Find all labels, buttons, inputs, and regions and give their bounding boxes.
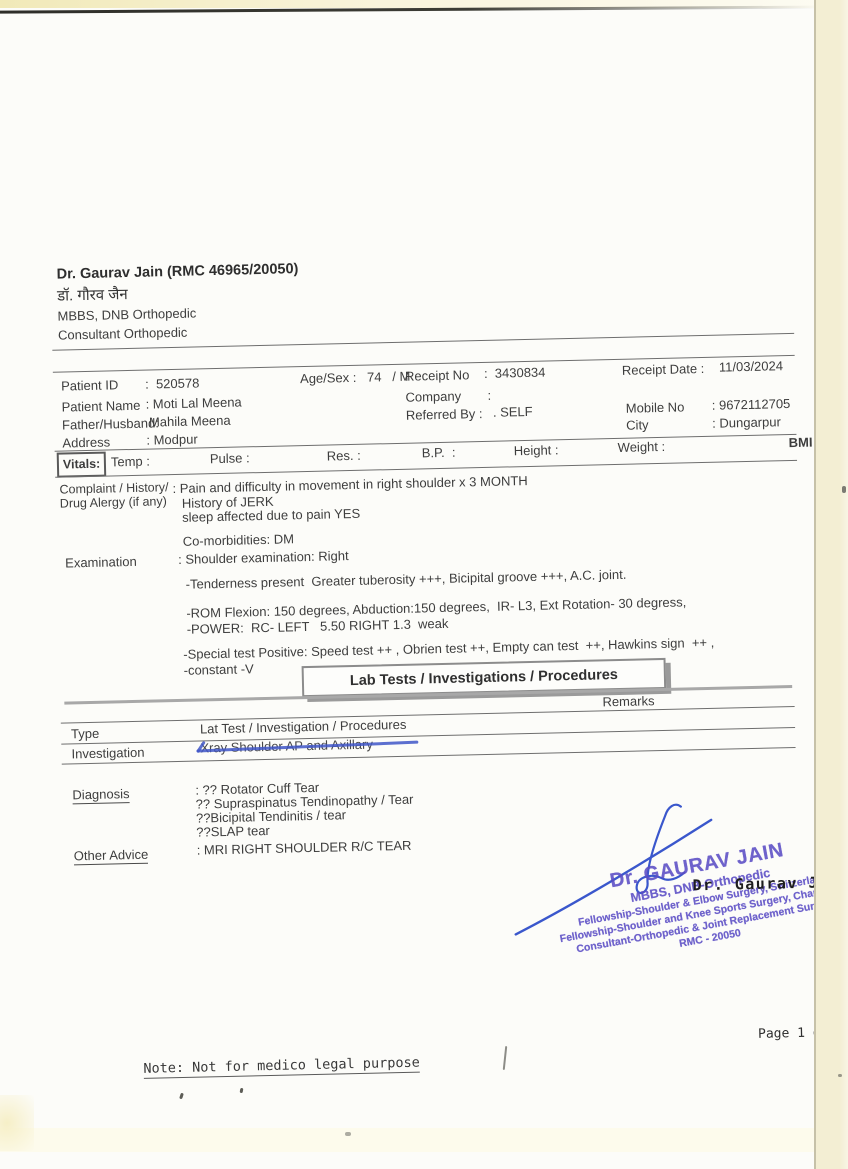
scan-bottom-left-patch (0, 1095, 34, 1151)
exam-shoulder: : Shoulder examination: Right (178, 549, 349, 568)
mobile-label: Mobile No (626, 400, 685, 416)
scanned-prescription-page: Dr. Gaurav Jain (RMC 46965/20050) डॉ. गौ… (0, 0, 848, 1169)
lab-row-type: Investigation (71, 746, 144, 763)
city-label: City (626, 418, 649, 433)
exam-comorbidities: Co-morbidities: DM (183, 532, 295, 549)
lab-type-header: Type (71, 727, 100, 743)
lab-remarks-header: Remarks (602, 694, 654, 710)
father-husband-label: Father/Husband: (62, 416, 159, 433)
vitals-temp-label: Temp : (111, 455, 150, 471)
father-husband-value: Mahila Meena (149, 414, 231, 431)
receipt-no-label: Receipt No (405, 368, 470, 384)
vitals-height-label: Height : (514, 443, 559, 459)
address-value: : Modpur (146, 432, 198, 448)
scan-speck (345, 1132, 351, 1136)
doctor-name-hindi: डॉ. गौरव जैन (57, 286, 128, 305)
receipt-date-value: 11/03/2024 (719, 359, 783, 375)
complaint-label-line2: Drug Alergy (if any) (60, 494, 167, 511)
lab-test-header: Lat Test / Investigation / Procedures (200, 718, 407, 738)
divider-line (62, 747, 796, 765)
doctor-designation: Consultant Orthopedic (58, 326, 188, 344)
lab-header-title: Lab Tests / Investigations / Procedures (350, 667, 618, 689)
divider-line (61, 727, 795, 745)
exam-constant: -constant -V (183, 662, 253, 679)
diagnosis-label: Diagnosis (72, 786, 129, 804)
patient-id-label: Patient ID (61, 378, 118, 394)
doctor-qualifications: MBBS, DNB Orthopedic (57, 306, 196, 324)
company-label: Company (405, 389, 461, 405)
mobile-value: : 9672112705 (712, 397, 791, 414)
vitals-res-label: Res. : (327, 449, 361, 465)
footer-note: Note: Not for medico legal purpose (143, 1054, 420, 1078)
doctor-name: Dr. Gaurav Jain (RMC 46965/20050) (56, 261, 298, 283)
company-value: : (487, 389, 491, 404)
patient-name-label: Patient Name (61, 399, 140, 416)
exam-tenderness: -Tenderness present Greater tuberosity +… (186, 568, 627, 593)
scan-right-edge-band (814, 0, 848, 1169)
vitals-title-box: Vitals: (57, 452, 107, 478)
exam-power: -POWER: RC- LEFT 5.50 RIGHT 1.3 weak (187, 617, 449, 638)
receipt-no-value: : 3430834 (484, 366, 546, 382)
other-advice-label: Other Advice (74, 847, 149, 866)
vitals-weight-label: Weight : (618, 440, 666, 456)
age-sex-label: Age/Sex : (300, 371, 357, 387)
scan-bottom-strip (0, 1128, 814, 1152)
scan-speck (838, 1074, 842, 1077)
patient-id-value: : 520578 (145, 376, 200, 392)
patient-name-value: : Moti Lal Meena (145, 395, 241, 412)
prescription-document: Dr. Gaurav Jain (RMC 46965/20050) डॉ. गौ… (0, 0, 848, 1169)
vitals-bp-label: B.P. : (422, 446, 456, 462)
city-value: : Dungarpur (712, 415, 781, 431)
divider-line (61, 706, 795, 724)
referred-by-label: Referred By : (406, 407, 483, 424)
diagnosis-line4: ??SLAP tear (196, 824, 270, 841)
other-advice-value: : MRI RIGHT SHOULDER R/C TEAR (197, 839, 412, 859)
complaint-line3: sleep affected due to pain YES (182, 507, 360, 526)
referred-by-value: . SELF (493, 405, 533, 421)
vitals-pulse-label: Pulse : (210, 451, 250, 467)
complaint-line1: : Pain and difficulty in movement in rig… (172, 474, 527, 497)
vitals-title: Vitals: (63, 457, 101, 472)
exam-label: Examination (65, 555, 137, 572)
receipt-date-label: Receipt Date : (622, 362, 705, 379)
scan-speck (842, 486, 846, 493)
